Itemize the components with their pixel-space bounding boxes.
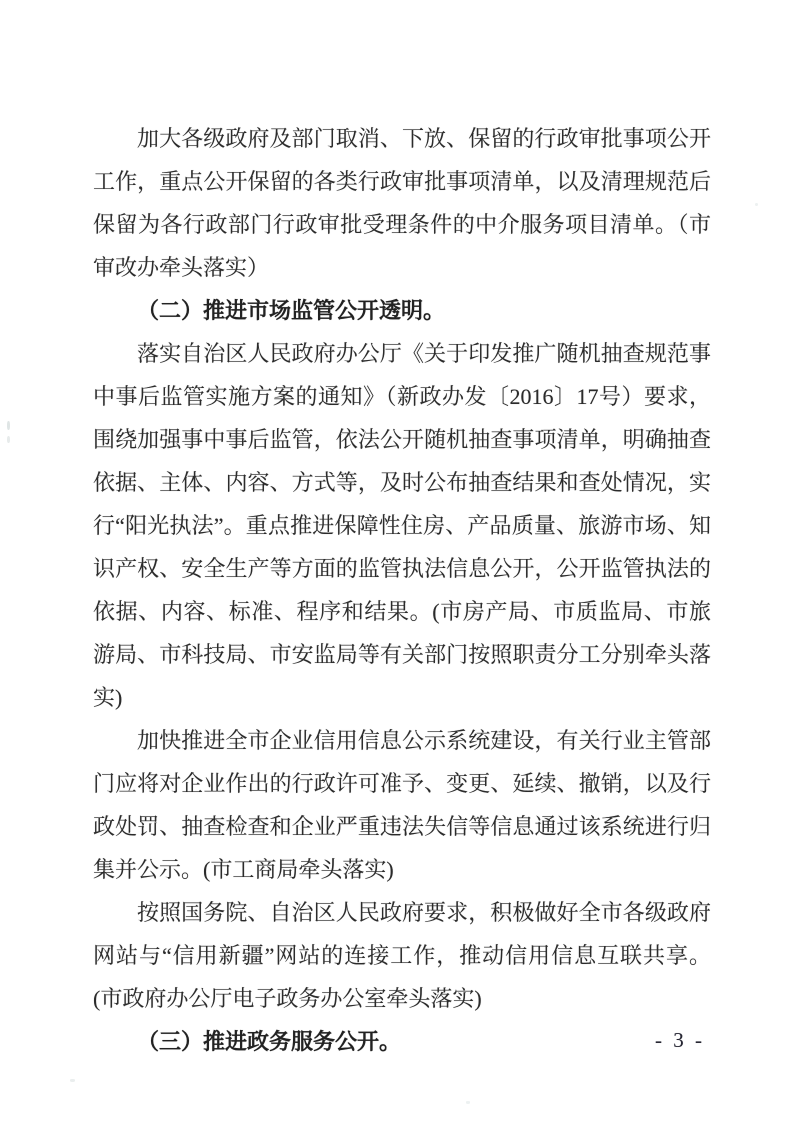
scan-artifact	[70, 1079, 75, 1082]
scan-artifact	[7, 421, 10, 430]
paragraph-credit-xinjiang-website: 按照国务院、自治区人民政府要求，积极做好全市各级政府网站与“信用新疆”网站的连接…	[93, 891, 711, 1020]
scan-artifact	[755, 203, 758, 206]
paragraph-admin-approval-items: 加大各级政府及部门取消、下放、保留的行政审批事项公开工作，重点公开保留的各类行政…	[93, 117, 711, 289]
heading-section-three-government-services: （三）推进政务服务公开。	[93, 1020, 711, 1063]
scan-artifact	[7, 436, 10, 443]
scanned-document-page: 加大各级政府及部门取消、下放、保留的行政审批事项公开工作，重点公开保留的各类行政…	[0, 0, 793, 1121]
heading-section-two-market-regulation: （二）推进市场监管公开透明。	[93, 289, 711, 332]
scan-artifact	[466, 1101, 470, 1104]
paragraph-random-inspection-scheme: 落实自治区人民政府办公厅《关于印发推广随机抽查规范事中事后监管实施方案的通知》（…	[93, 332, 711, 719]
paragraph-enterprise-credit-system: 加快推进全市企业信用信息公示系统建设，有关行业主管部门应将对企业作出的行政许可准…	[93, 719, 711, 891]
page-number: - 3 -	[655, 1028, 705, 1052]
document-body: 加大各级政府及部门取消、下放、保留的行政审批事项公开工作，重点公开保留的各类行政…	[93, 117, 711, 1063]
